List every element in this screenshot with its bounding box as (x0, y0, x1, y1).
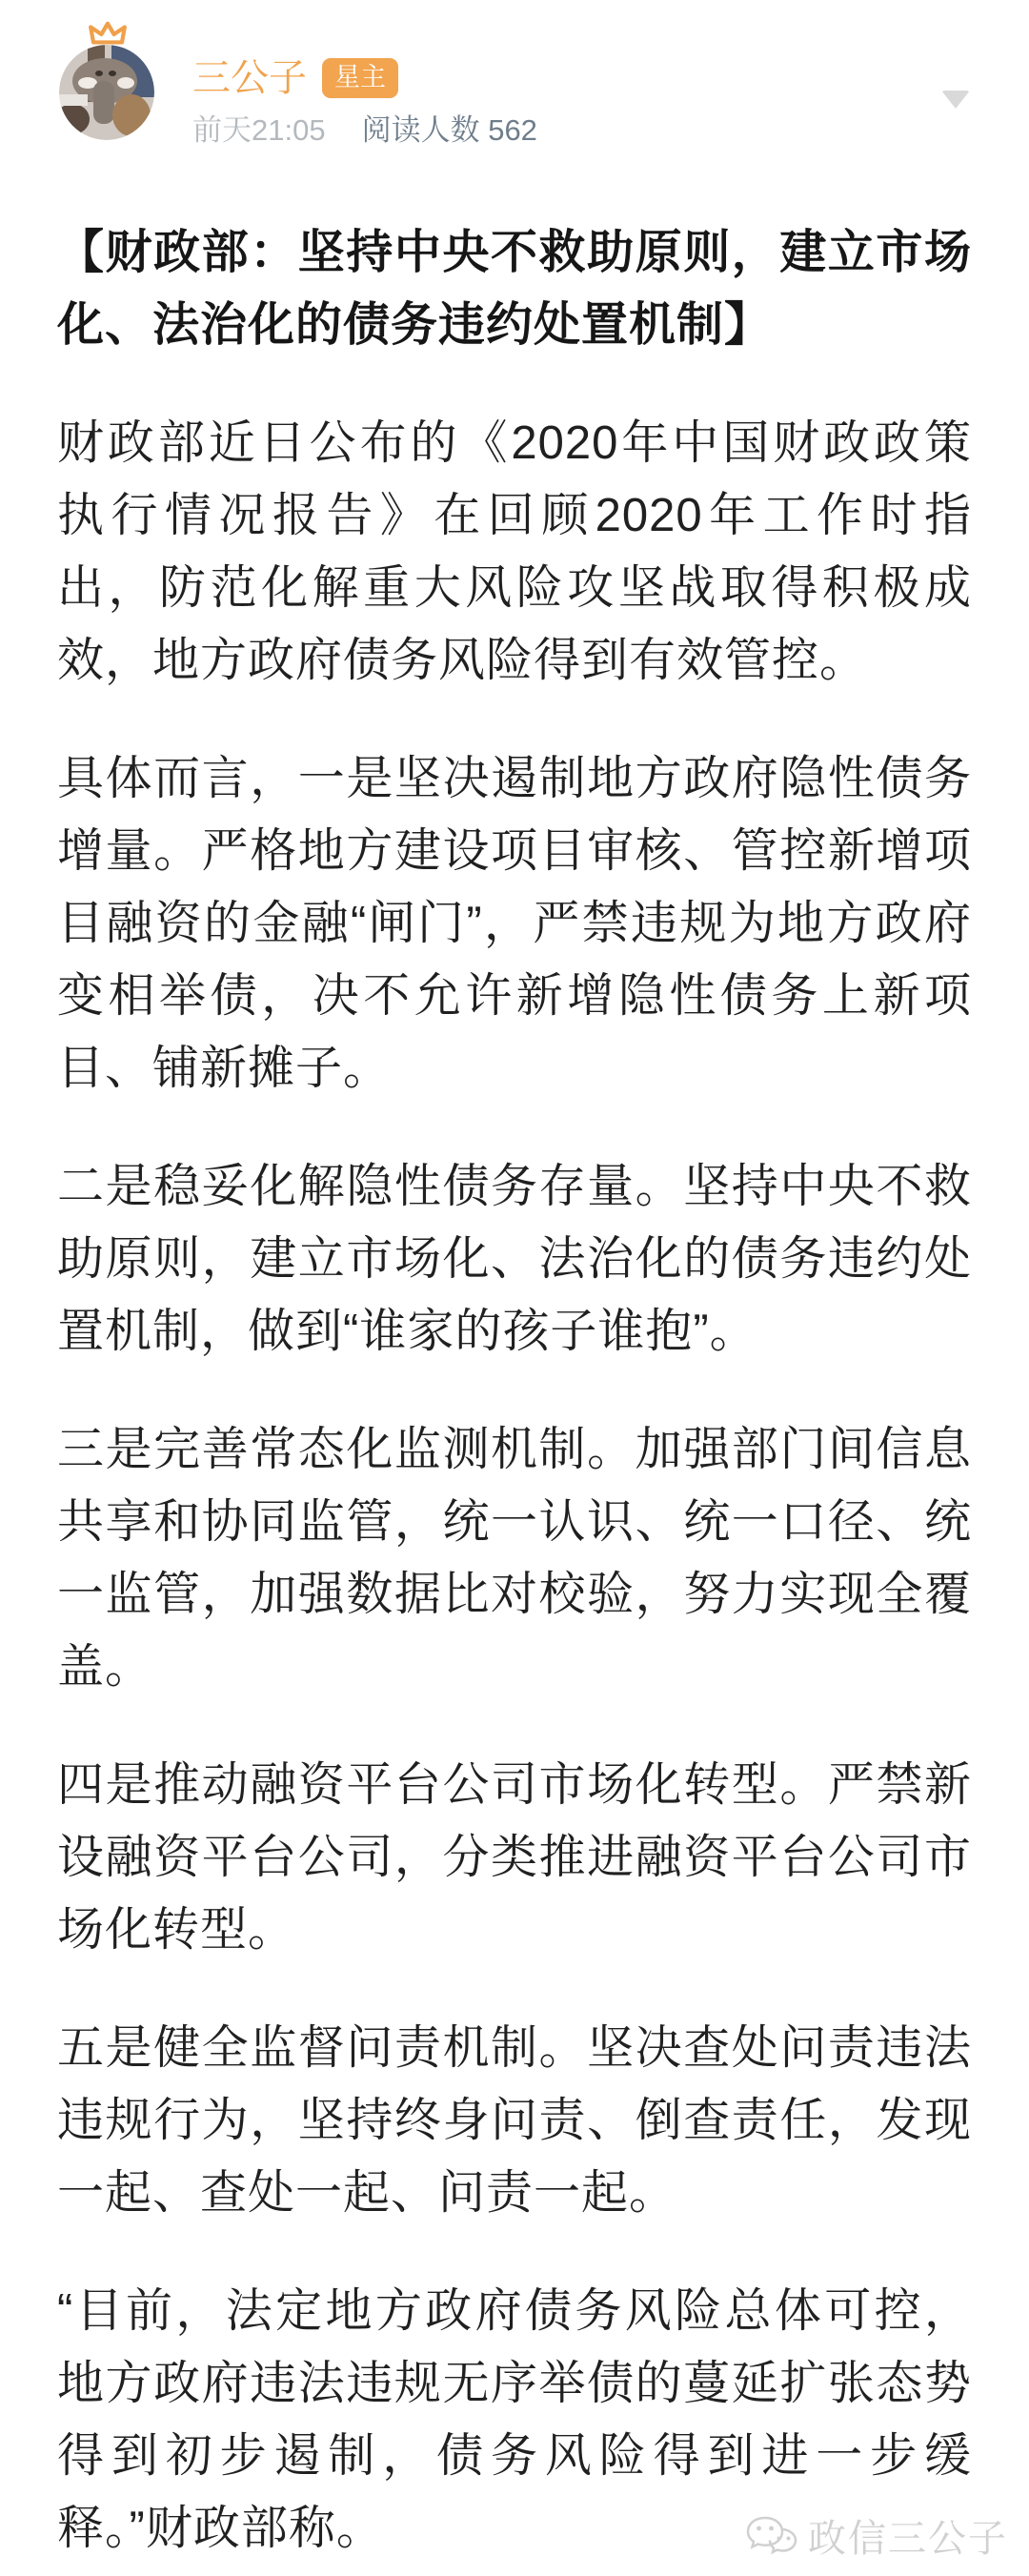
paragraph: 五是健全监督问责机制。坚决查处问责违法违规行为，坚持终身问责、倒查责任，发现一起… (57, 2012, 972, 2229)
timestamp: 前天21:05 (192, 115, 326, 145)
watermark: 政信三公子 (745, 2508, 1008, 2563)
author-info: 三公子 星主 前天21:05 阅读人数 562 (192, 45, 972, 145)
crown-icon (86, 20, 130, 49)
wechat-icon (745, 2514, 798, 2558)
owner-badge: 星主 (322, 58, 398, 98)
post-body: 【财政部：坚持中央不救助原则，建立市场化、法治化的债务违约处置机制】 财政部近日… (0, 157, 1029, 2565)
paragraph: 二是稳妥化解隐性债务存量。坚持中央不救助原则，建立市场化、法治化的债务违约处置机… (57, 1150, 972, 1368)
post-header: 三公子 星主 前天21:05 阅读人数 562 (0, 0, 1029, 157)
avatar-image[interactable] (59, 45, 154, 140)
watermark-text: 政信三公子 (808, 2508, 1008, 2563)
chevron-down-icon[interactable] (941, 91, 970, 109)
paragraph: 四是推动融资平台公司市场化转型。严禁新设融资平台公司，分类推进融资平台公司市场化… (57, 1749, 972, 1966)
avatar[interactable] (59, 45, 154, 140)
read-count: 阅读人数 562 (362, 115, 537, 145)
username[interactable]: 三公子 (192, 59, 307, 97)
post-title: 【财政部：坚持中央不救助原则，建立市场化、法治化的债务违约处置机制】 (57, 216, 972, 361)
paragraph: 财政部近日公布的《2020年中国财政政策执行情况报告》在回顾2020年工作时指出… (57, 407, 972, 697)
paragraph: 三是完善常态化监测机制。加强部门间信息共享和协同监管，统一认识、统一口径、统一监… (57, 1413, 972, 1703)
paragraph: 具体而言，一是坚决遏制地方政府隐性债务增量。严格地方建设项目审核、管控新增项目融… (57, 742, 972, 1105)
